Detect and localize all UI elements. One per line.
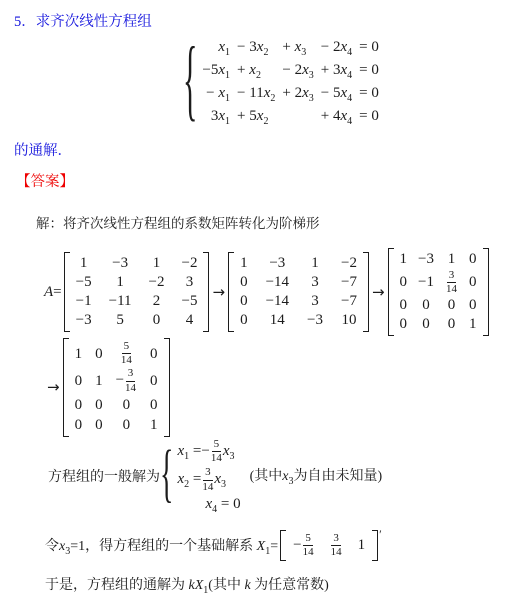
equation-term: − 2x3 — [282, 59, 313, 82]
solution-eq-x1: x1 =−514x3 — [177, 438, 240, 465]
answer-document: 5．求齐次线性方程组 x1− 3x2+ x3− 2x4= 0−5x1+ x2− … — [0, 0, 521, 608]
matrix-reduction-line-1: A= 1−31−2−51−23−1−112−5−3504 → 1−31−20−1… — [44, 248, 489, 336]
equation-system: x1− 3x2+ x3− 2x4= 0−5x1+ x2− 2x3+ 3x4= 0… — [183, 36, 379, 128]
equation-term: + 4x4 — [321, 105, 352, 128]
matrix-cell: 0 — [153, 311, 161, 330]
matrix-cell: −5 — [182, 292, 198, 311]
matrix-cell: 1 — [448, 250, 456, 269]
matrix-cell: 0 — [448, 315, 456, 334]
matrix-cell: 0 — [240, 292, 248, 311]
right-bracket — [372, 530, 378, 561]
general-solution-line: 方程组的一般解为 x1 =−514x3 x2 =314x3 x4 = 0 (其中… — [48, 438, 382, 515]
matrix-cell: 0 — [469, 296, 477, 315]
matrix-cell: 0 — [75, 415, 83, 435]
matrix-cell: 1 — [116, 273, 124, 292]
matrix-cell: 0 — [150, 371, 158, 391]
equation-term: + x2 — [237, 59, 261, 82]
matrix-cell: −7 — [341, 273, 357, 292]
matrix-cell: −3 — [76, 311, 92, 330]
equation-term: + x3 — [282, 36, 306, 59]
equation-term: = 0 — [359, 105, 379, 128]
matrix-cell: 0 — [123, 415, 131, 435]
matrix-cell: 1 — [469, 315, 477, 334]
matrix-cell: −3 — [418, 250, 434, 269]
matrix-cell: 0 — [400, 296, 408, 315]
matrix-cell: 0 — [75, 371, 83, 391]
arrow-icon: → — [212, 283, 225, 301]
matrix-cell: 0 — [240, 273, 248, 292]
solution-intro: 解：将齐次线性方程组的系数矩阵转化为阶梯形 — [36, 212, 320, 232]
matrix-cell: −2 — [149, 273, 165, 292]
equation-term: = 0 — [359, 82, 379, 105]
matrix-cell: 1 — [153, 254, 161, 273]
matrix-cell: −1 — [76, 292, 92, 311]
equation-term: x1 — [218, 36, 230, 59]
matrix-cell: 0 — [469, 273, 477, 292]
basis-vector: −514 314 1 — [280, 530, 378, 561]
matrix-cell: 0 — [95, 344, 103, 364]
equation-term: −5x1 — [202, 59, 230, 82]
matrix-cell: 0 — [75, 395, 83, 415]
matrix-step-4: 10514001−314000000001 — [63, 338, 170, 437]
equation-term: − 11x2 — [237, 82, 275, 105]
matrix-cell: −14 — [266, 273, 289, 292]
vector-cells: −514 314 1 — [286, 530, 372, 561]
matrix-a-label: A= — [44, 284, 62, 301]
matrix-step-3: 1−3100−1314000000001 — [388, 248, 489, 336]
equation-term: + 2x3 — [282, 82, 313, 105]
matrix-cell: 2 — [153, 292, 161, 311]
matrix-cell: 1 — [95, 371, 103, 391]
matrix-cell: −7 — [341, 292, 357, 311]
vector-cell: 1 — [358, 537, 366, 554]
matrix-cell: −1 — [418, 273, 434, 292]
arrow-icon: → — [372, 283, 385, 301]
matrix-cell: 4 — [186, 311, 194, 330]
matrix-cell: 0 — [400, 315, 408, 334]
question-tail: 的通解． — [14, 139, 72, 160]
equation-term: + 3x4 — [321, 59, 352, 82]
matrix-cell: 0 — [123, 395, 131, 415]
matrix-cell: 0 — [469, 250, 477, 269]
right-bracket — [363, 252, 369, 332]
matrix-cell: 1 — [240, 254, 248, 273]
equation-term: − x1 — [206, 82, 230, 105]
matrix-cell: 1 — [311, 254, 319, 273]
matrix-cell: 1 — [75, 344, 83, 364]
right-bracket — [203, 252, 209, 332]
matrix-reduction-line-2: → 10514001−314000000001 — [44, 338, 170, 437]
matrix-cell: 0 — [422, 315, 430, 334]
final-answer-line: 于是，方程组的通解为 kX1(其中 k 为任意常数) — [45, 574, 329, 596]
matrix-cell: −3 — [269, 254, 285, 273]
basis-prefix: 令x3=1，得方程组的一个基础解系 X1= — [45, 535, 278, 557]
basis-solution-line: 令x3=1，得方程组的一个基础解系 X1= −514 314 1 ′ — [45, 530, 382, 561]
solution-equations: x1 =−514x3 x2 =314x3 x4 = 0 — [177, 438, 240, 515]
right-bracket — [164, 338, 170, 437]
answer-label: 【答案】 — [16, 170, 74, 191]
matrix-cell: 0 — [95, 415, 103, 435]
matrix-cell: −11 — [109, 292, 132, 311]
matrix-a: 1−31−2−51−23−1−112−5−3504 — [64, 252, 210, 332]
matrix-cell: 3 — [311, 273, 319, 292]
matrix-step-2: 1−31−20−143−70−143−7014−310 — [228, 252, 369, 332]
problem-title: 5．求齐次线性方程组 — [14, 10, 152, 31]
matrix-cell: 0 — [95, 395, 103, 415]
matrix-cell: 0 — [240, 311, 248, 330]
general-solution-prefix: 方程组的一般解为 — [48, 466, 160, 486]
equation-term: − 2x4 — [321, 36, 352, 59]
arrow-icon: → — [47, 378, 60, 396]
transpose-mark: ′ — [379, 527, 382, 542]
equation-term: − 5x4 — [321, 82, 352, 105]
equation-term: + 5x2 — [237, 105, 268, 128]
system-left-brace — [183, 36, 197, 128]
equation-term: = 0 — [359, 36, 379, 59]
matrix-cell: 1 — [400, 250, 408, 269]
matrix-cell: 3 — [186, 273, 194, 292]
matrix-cell: 0 — [150, 395, 158, 415]
matrix-cell: −314 — [116, 367, 137, 394]
matrix-cell: 1 — [80, 254, 88, 273]
matrix-cell: −5 — [76, 273, 92, 292]
solution-eq-x4: x4 = 0 — [177, 495, 240, 515]
matrix-cell: 0 — [422, 296, 430, 315]
matrix-cell: −3 — [307, 311, 323, 330]
matrix-cell: 1 — [150, 415, 158, 435]
matrix-cell: 514 — [120, 340, 133, 367]
solution-eq-x2: x2 =314x3 — [177, 466, 240, 493]
matrix-cell: 5 — [116, 311, 124, 330]
matrix-cell: −2 — [341, 254, 357, 273]
equation-term: − 3x2 — [237, 36, 268, 59]
matrix-cell: 314 — [445, 269, 458, 296]
free-variable-note: (其中x3为自由未知量) — [250, 465, 383, 487]
matrix-cell: 0 — [448, 296, 456, 315]
matrix-cell: −14 — [266, 292, 289, 311]
solution-left-brace — [160, 444, 173, 508]
matrix-cell: −3 — [112, 254, 128, 273]
equation-term: 3x1 — [211, 105, 230, 128]
matrix-cell: 0 — [150, 344, 158, 364]
matrix-cell: 14 — [270, 311, 285, 330]
matrix-cell: −2 — [182, 254, 198, 273]
matrix-cell: 10 — [341, 311, 356, 330]
matrix-cell: 3 — [311, 292, 319, 311]
matrix-cell: 0 — [400, 273, 408, 292]
vector-cell: −514 — [293, 532, 314, 559]
equation-term: = 0 — [359, 59, 379, 82]
equation-grid: x1− 3x2+ x3− 2x4= 0−5x1+ x2− 2x3+ 3x4= 0… — [202, 36, 378, 128]
right-bracket — [483, 248, 489, 336]
vector-cell: 314 — [330, 532, 343, 559]
